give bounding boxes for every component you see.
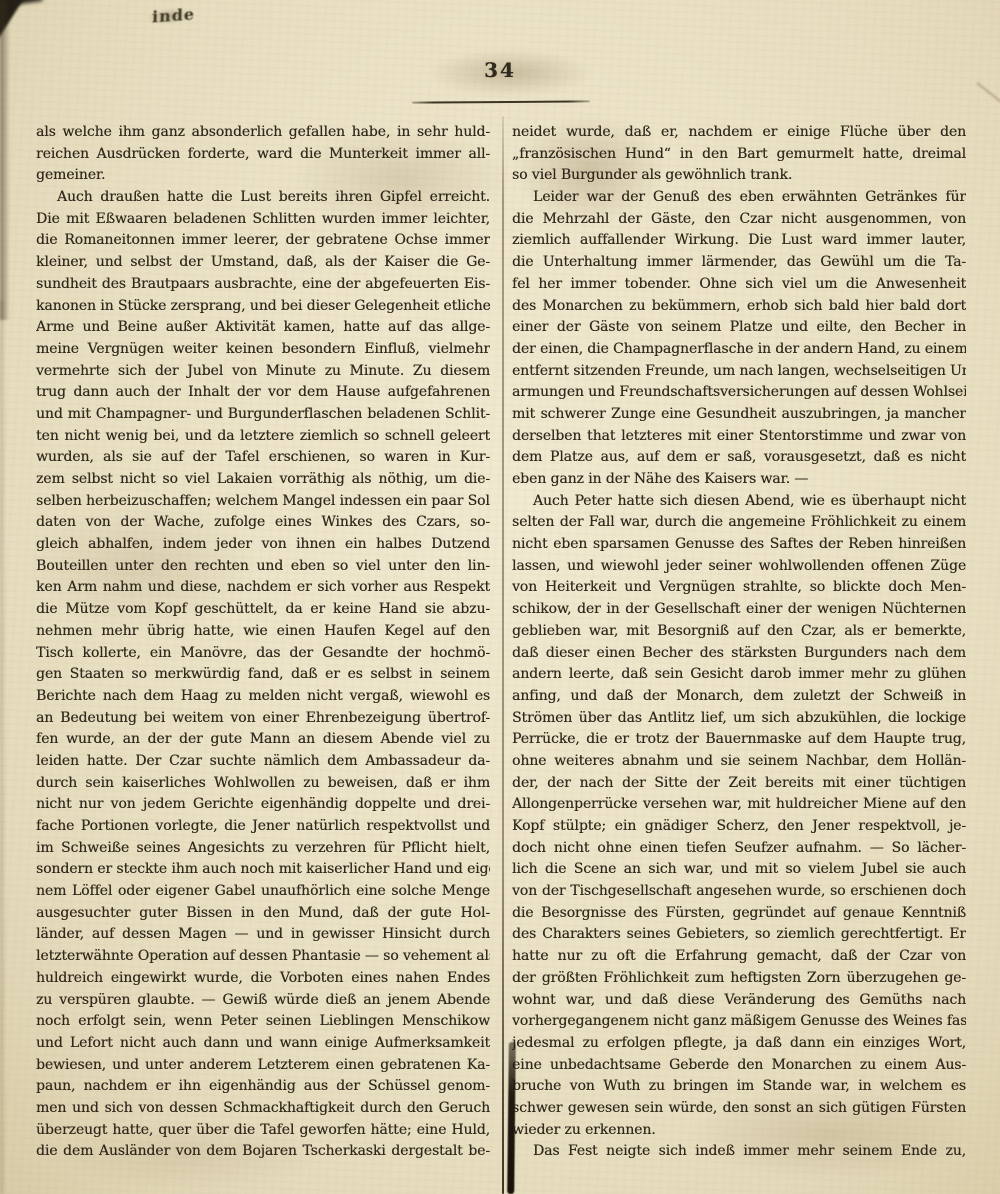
text-line: selten der Fall war, durch die angemeine…: [512, 512, 966, 534]
text-line: jedesmal zu erfolgen pflegte, ja daß dan…: [512, 1033, 966, 1055]
text-line: wieder zu erkennen.: [512, 1120, 966, 1142]
text-line: länder, auf dessen Magen — und in gewiss…: [36, 924, 490, 946]
text-line: Das Fest neigte sich indeß immer mehr se…: [512, 1141, 966, 1163]
text-line: fel her immer tobender. Ohne sich viel u…: [512, 274, 966, 296]
text-line: von Heiterkeit und Vergnügen strahlte, s…: [512, 577, 966, 599]
text-line: Tisch kollerte, ein Manövre, das der Ges…: [36, 643, 490, 665]
header-rule: [412, 100, 590, 103]
paper-crease: [976, 82, 1000, 112]
text-line: vermehrte sich der Jubel von Minute zu M…: [36, 361, 490, 383]
text-line: paun, nachdem er ihn eigenhändig aus der…: [36, 1076, 490, 1098]
text-line: lassen, und wiewohl jeder seiner wohlwol…: [512, 556, 966, 578]
text-line: leiden hatte. Der Czar suchte nämlich de…: [36, 751, 490, 773]
text-line: als welche ihm ganz absonderlich gefalle…: [36, 122, 490, 144]
text-line: so viel Burgunder als gewöhnlich trank.: [512, 165, 966, 187]
text-line: nicht eben sparsamen Genusse des Saftes …: [512, 534, 966, 556]
text-line: gleich abhalfen, indem jeder von ihnen e…: [36, 534, 490, 556]
text-line: durch sein kaiserliches Wohlwollen zu be…: [36, 773, 490, 795]
text-line: armungen und Freundschaftsversicherungen…: [512, 382, 966, 404]
text-line: noch erfolgt sein, wenn Peter seinen Lie…: [36, 1011, 490, 1033]
text-line: die Mütze vom Kopf geschüttelt, da er ke…: [36, 599, 490, 621]
text-line: letzterwähnte Operation auf dessen Phant…: [36, 946, 490, 968]
text-line: Die mit Eßwaaren beladenen Schlitten wur…: [36, 209, 490, 231]
ink-offset-mark: inde: [152, 4, 196, 26]
text-line: bruche von Wuth zu bringen im Stande war…: [512, 1076, 966, 1098]
text-line: vorhergegangenem nicht ganz mäßigem Genu…: [512, 1011, 966, 1033]
text-line: neidet wurde, daß er, nachdem er einige …: [512, 122, 966, 144]
text-line: daß dieser einen Becher des stärksten Bu…: [512, 643, 966, 665]
text-line: huldreich eingewirkt wurde, die Vorboten…: [36, 968, 490, 990]
text-line: der größten Fröhlichkeit zum heftigsten …: [512, 968, 966, 990]
text-line: lich die Scene an sich war, und mit so v…: [512, 859, 966, 881]
text-line: Perrücke, die er trotz der Bauernmaske a…: [512, 729, 966, 751]
text-line: schwer gewesen sein würde, den sonst an …: [512, 1098, 966, 1120]
text-line: doch nicht ohne einen tiefen Seufzer auf…: [512, 838, 966, 860]
page-edge-shadow: [0, 300, 6, 1194]
text-line: Strömen über das Antlitz lief, um sich a…: [512, 708, 966, 730]
page-edge-shadow: [0, 0, 10, 320]
text-line: hatte nur zu oft die Erfahrung gemacht, …: [512, 946, 966, 968]
text-line: mit schwerer Zunge eine Gesundheit auszu…: [512, 404, 966, 426]
left-text-column: als welche ihm ganz absonderlich gefalle…: [36, 122, 490, 1180]
text-line: Auch draußen hatte die Lust bereits ihre…: [36, 187, 490, 209]
text-line: wohnt war, und daß diese Veränderung des…: [512, 990, 966, 1012]
text-line: Allongenperrücke versehen war, mit huldr…: [512, 794, 966, 816]
text-line: ausgesuchter guter Bissen in den Mund, d…: [36, 903, 490, 925]
text-line: ziemlich auffallender Wirkung. Die Lust …: [512, 230, 966, 252]
column-divider: [502, 116, 504, 1194]
text-line: des Monarchen zu bekümmern, erhob sich b…: [512, 296, 966, 318]
text-line: selben herbeizuschaffen; welchem Mangel …: [36, 491, 490, 513]
text-line: des Charakters seines Gebieters, so ziem…: [512, 924, 966, 946]
text-line: fache Portionen vorlegte, die Jener natü…: [36, 816, 490, 838]
text-line: und Lefort nicht auch dann und wann eini…: [36, 1033, 490, 1055]
text-line: ken Arm nahm und diese, nachdem er sich …: [36, 577, 490, 599]
text-line: eben ganz in der Nähe des Kaisers war. —: [512, 469, 966, 491]
text-line: derselben that letzteres mit einer Stent…: [512, 426, 966, 448]
text-line: andern leerte, daß sein Gesicht darob im…: [512, 664, 966, 686]
text-line: „französischen Hund“ in den Bart gemurme…: [512, 144, 966, 166]
text-line: die Romaneitonnen immer leerer, der gebr…: [36, 230, 490, 252]
page-number: 34: [484, 58, 516, 82]
text-line: Leider war der Genuß des eben erwähnten …: [512, 187, 966, 209]
text-line: kleiner, und selbst der Umstand, daß, al…: [36, 252, 490, 274]
text-line: sundheit des Brautpaars ausbrachte, eine…: [36, 274, 490, 296]
book-page: inde 34 als welche ihm ganz absonderlich…: [0, 0, 1000, 1194]
text-line: anfing, und daß der Monarch, dem zuletzt…: [512, 686, 966, 708]
text-line: nem Löffel oder eigener Gabel unaufhörli…: [36, 881, 490, 903]
text-line: men und sich von dessen Schmackhaftigkei…: [36, 1098, 490, 1120]
text-line: an Bedeutung bei weitem von einer Ehrenb…: [36, 708, 490, 730]
text-line: und mit Champagner- und Burgunderflasche…: [36, 404, 490, 426]
text-line: Bouteillen unter den rechten und eben so…: [36, 556, 490, 578]
text-line: reichen Ausdrücken forderte, ward die Mu…: [36, 144, 490, 166]
text-line: wurden, als sie auf der Tafel erschienen…: [36, 447, 490, 469]
text-line: von der Tischgesellschaft angesehen wurd…: [512, 881, 966, 903]
text-line: nicht nur von jedem Gerichte eigenhändig…: [36, 794, 490, 816]
text-line: schikow, der in der Gesellschaft einer d…: [512, 599, 966, 621]
text-line: meine Vergnügen weiter keinen besondern …: [36, 339, 490, 361]
text-line: zem selbst nicht so viel Lakaien vorräth…: [36, 469, 490, 491]
right-text-column: neidet wurde, daß er, nachdem er einige …: [512, 122, 966, 1180]
text-line: Arme und Beine außer Aktivität kamen, ha…: [36, 317, 490, 339]
text-line: dem Platze aus, auf dem er saß, vorausge…: [512, 447, 966, 469]
text-line: trug dann auch der Inhalt der vor dem Ha…: [36, 382, 490, 404]
text-line: die Unterhaltung immer lärmender, das Ge…: [512, 252, 966, 274]
text-line: die dem Ausländer von dem Bojaren Tscher…: [36, 1141, 490, 1163]
page-header: 34: [0, 58, 1000, 82]
text-line: gemeiner.: [36, 165, 490, 187]
text-line: Berichte nach dem Haag zu melden nicht v…: [36, 686, 490, 708]
text-line: der einen, die Champagnerflasche in der …: [512, 339, 966, 361]
text-line: zu verspüren glaubte. — Gewiß würde dieß…: [36, 990, 490, 1012]
text-line: einer der Gäste von seinem Platze und ei…: [512, 317, 966, 339]
text-line: ten nicht wenig bei, und da letztere zie…: [36, 426, 490, 448]
text-line: die Besorgnisse des Fürsten, gegründet a…: [512, 903, 966, 925]
text-line: bewiesen, und unter anderem Letzterem ei…: [36, 1055, 490, 1077]
text-line: Kopf stülpte; ein gnädiger Scherz, den J…: [512, 816, 966, 838]
text-line: überzeugt hatte, quer über die Tafel gew…: [36, 1120, 490, 1142]
text-line: sondern er steckte ihm auch noch mit kai…: [36, 859, 490, 881]
text-line: nehmen mehr übrig hatte, wie einen Haufe…: [36, 621, 490, 643]
text-line: ohne weiteres abnahm und sie seinem Nach…: [512, 751, 966, 773]
text-line: im Schweiße seines Angesichts zu verzehr…: [36, 838, 490, 860]
text-line: gen Staaten so merkwürdig fand, daß er e…: [36, 664, 490, 686]
text-line: daten von der Wache, zufolge eines Winke…: [36, 512, 490, 534]
text-line: geblieben war, mit Besorgniß auf den Cza…: [512, 621, 966, 643]
text-line: die Mehrzahl der Gäste, den Czar nicht a…: [512, 209, 966, 231]
text-line: kanonen in Stücke zersprang, und bei die…: [36, 296, 490, 318]
text-line: eine unbedachtsame Geberde den Monarchen…: [512, 1055, 966, 1077]
text-line: entfernt sitzenden Freunde, um nach lang…: [512, 361, 966, 383]
text-line: Auch Peter hatte sich diesen Abend, wie …: [512, 491, 966, 513]
text-line: fen wurde, an der der gute Mann an diese…: [36, 729, 490, 751]
text-line: der, der nach der Sitte der Zeit bereits…: [512, 773, 966, 795]
